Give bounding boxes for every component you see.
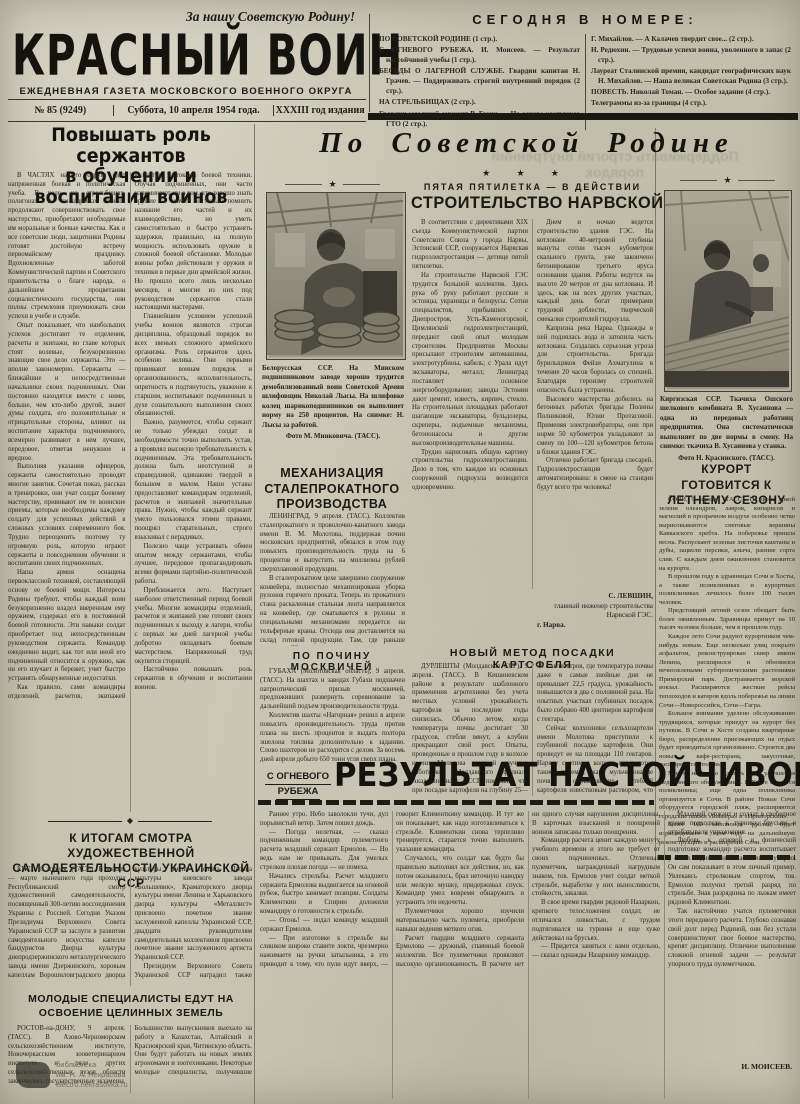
author-role: главный инженер строительства Нарвской Г… (528, 602, 653, 621)
today-item: Н. Редюхин. — Трудовые успехи воина, уво… (591, 45, 791, 65)
firing-kicker: С ОГНЕВОГО РУБЕЖА (262, 770, 334, 800)
today-item: ПО СОВЕТСКОЙ РОДИНЕ (1 стр.). (379, 34, 580, 44)
today-item: Г. Михайлов. — А Калачев твердит свое...… (591, 34, 791, 44)
divider-line (138, 821, 212, 822)
star-icon: ★ (717, 176, 737, 185)
library-stamp-mark (16, 1062, 50, 1088)
newspaper-page: Поддерживать строгий внутренний порядок … (0, 0, 800, 1104)
issue-date: Суббота, 10 апреля 1954 года. (113, 105, 275, 116)
edition-year: XXXIII год издания (274, 105, 366, 116)
column-rule-right (655, 128, 656, 861)
today-item: БЕСЕДЫ О ЛАГЕРНОЙ СЛУЖБЕ. Гвардии капита… (379, 66, 580, 96)
specialists-headline: МОЛОДЫЕ СПЕЦИАЛИСТЫ ЕДУТ НА ОСВОЕНИЕ ЦЕЛ… (8, 993, 254, 1020)
photo-credit: Фото М. Минковича. (ТАСС). (262, 432, 404, 441)
narva-kicker: ПЯТАЯ ПЯТИЛЕТКА — В ДЕЙСТВИИ (412, 182, 653, 192)
divider-line (48, 821, 122, 822)
issue-info-row: № 85 (9249) Суббота, 10 апреля 1954 года… (8, 99, 366, 122)
photo-caption: Белорусская ССР. На Минском подшипниково… (262, 364, 404, 430)
editorial-headline-line1: Повышать роль сержантов (18, 125, 244, 166)
firing-headline: РЕЗУЛЬТАТ НАСТОЙЧИВОЙ УЧЕБЫ (334, 755, 766, 794)
newspaper-subtitle: ЕЖЕДНЕВНАЯ ГАЗЕТА МОСКОВСКОГО ВОЕННОГО О… (8, 86, 364, 97)
narva-headline: СТРОИТЕЛЬСТВО НАРВСКОЙ ГЭС (411, 193, 654, 213)
photo-worker-bearing-factory (266, 192, 406, 360)
author-name: С. ЛЕВШИН, (528, 592, 653, 602)
resort-body: СОЧИ, 9 апреля. (ТАСС). На фоне яркой зе… (659, 496, 795, 851)
ornament-line (343, 184, 380, 185)
today-item: Телеграммы из-за границы (4 стр.). (591, 98, 791, 108)
section-divider: ◆ (48, 817, 212, 825)
narva-body: В соответствии с директивами XIX съезда … (412, 219, 653, 589)
photo-caption: Киргизская ССР. Ткачиха Ошского шелковог… (660, 395, 793, 452)
author-signature: И. МОИСЕЕВ. (700, 1062, 792, 1071)
issue-number: № 85 (9249) (8, 105, 113, 116)
today-item: С ОГНЕВОГО РУБЕЖА. И. Моисеев. — Результ… (379, 45, 580, 65)
photo-illustration (267, 193, 403, 355)
editorial-body: В ЧАСТЯХ нашего округа идет напряженная … (8, 172, 252, 812)
ornament-line (285, 184, 322, 185)
star-ornament-right: ★ (680, 176, 775, 185)
firing-kicker-line1: С ОГНЕВОГО (265, 770, 331, 785)
photo-left-caption-block: Белорусская ССР. На Минском подшипниково… (262, 364, 404, 442)
photo-illustration (665, 191, 789, 387)
masthead-black-bar (368, 113, 798, 120)
star-ornament-left: ★ (285, 180, 380, 189)
narva-byline: С. ЛЕВШИН, главный инженер строительства… (528, 592, 653, 621)
rodina-section-header: По Советской Родине (258, 127, 795, 160)
library-watermark: библиотека им. Н. А. Некрасова electro.n… (56, 1060, 128, 1089)
star-icon: ★ (322, 180, 342, 189)
masthead-divider (369, 14, 370, 112)
dateline-place: г. Нарва. (537, 621, 566, 629)
today-in-issue-title: СЕГОДНЯ В НОМЕРЕ: (374, 12, 796, 27)
firing-kicker-line2: РУБЕЖА (276, 785, 321, 800)
photo-right-caption-block: Киргизская ССР. Ткачиха Ошского шелковог… (660, 395, 793, 463)
today-item: Лауреат Сталинской премии, кандидат геог… (591, 66, 791, 86)
photo-weaver-at-loom (664, 190, 792, 392)
ornament-line (738, 180, 775, 181)
today-item: ПОВЕСТЬ. Николай Томан. — Особое задание… (591, 87, 791, 97)
mechanization-body: ЛЕНИНГРАД, 9 апреля. (ТАСС). Коллектив с… (260, 513, 405, 646)
ornament-line (680, 180, 717, 181)
ornament-bar (258, 800, 654, 805)
watermark-line: библиотека (56, 1060, 128, 1070)
watermark-line: им. Н. А. Некрасова (56, 1070, 128, 1080)
smotr-body: КИЕВ, 8 апреля. (ТАСС). В январе — марте… (8, 866, 252, 986)
diamond-icon: ◆ (122, 817, 138, 825)
watermark-line: electro.nekrasovka.ru (56, 1080, 128, 1090)
today-item: НА СТРЕЛЬБИЩАХ (2 стр.). (379, 97, 580, 107)
newspaper-title: КРАСНЫЙ ВОИН (12, 22, 320, 95)
column-rule-main (254, 124, 255, 1104)
firing-body: Раннее утро. Небо заволокли тучи, дул по… (260, 811, 796, 1099)
mechanization-headline: МЕХАНИЗАЦИЯ СТАЛЕПРОКАТНОГО ПРОИЗВОДСТВА (260, 466, 404, 513)
